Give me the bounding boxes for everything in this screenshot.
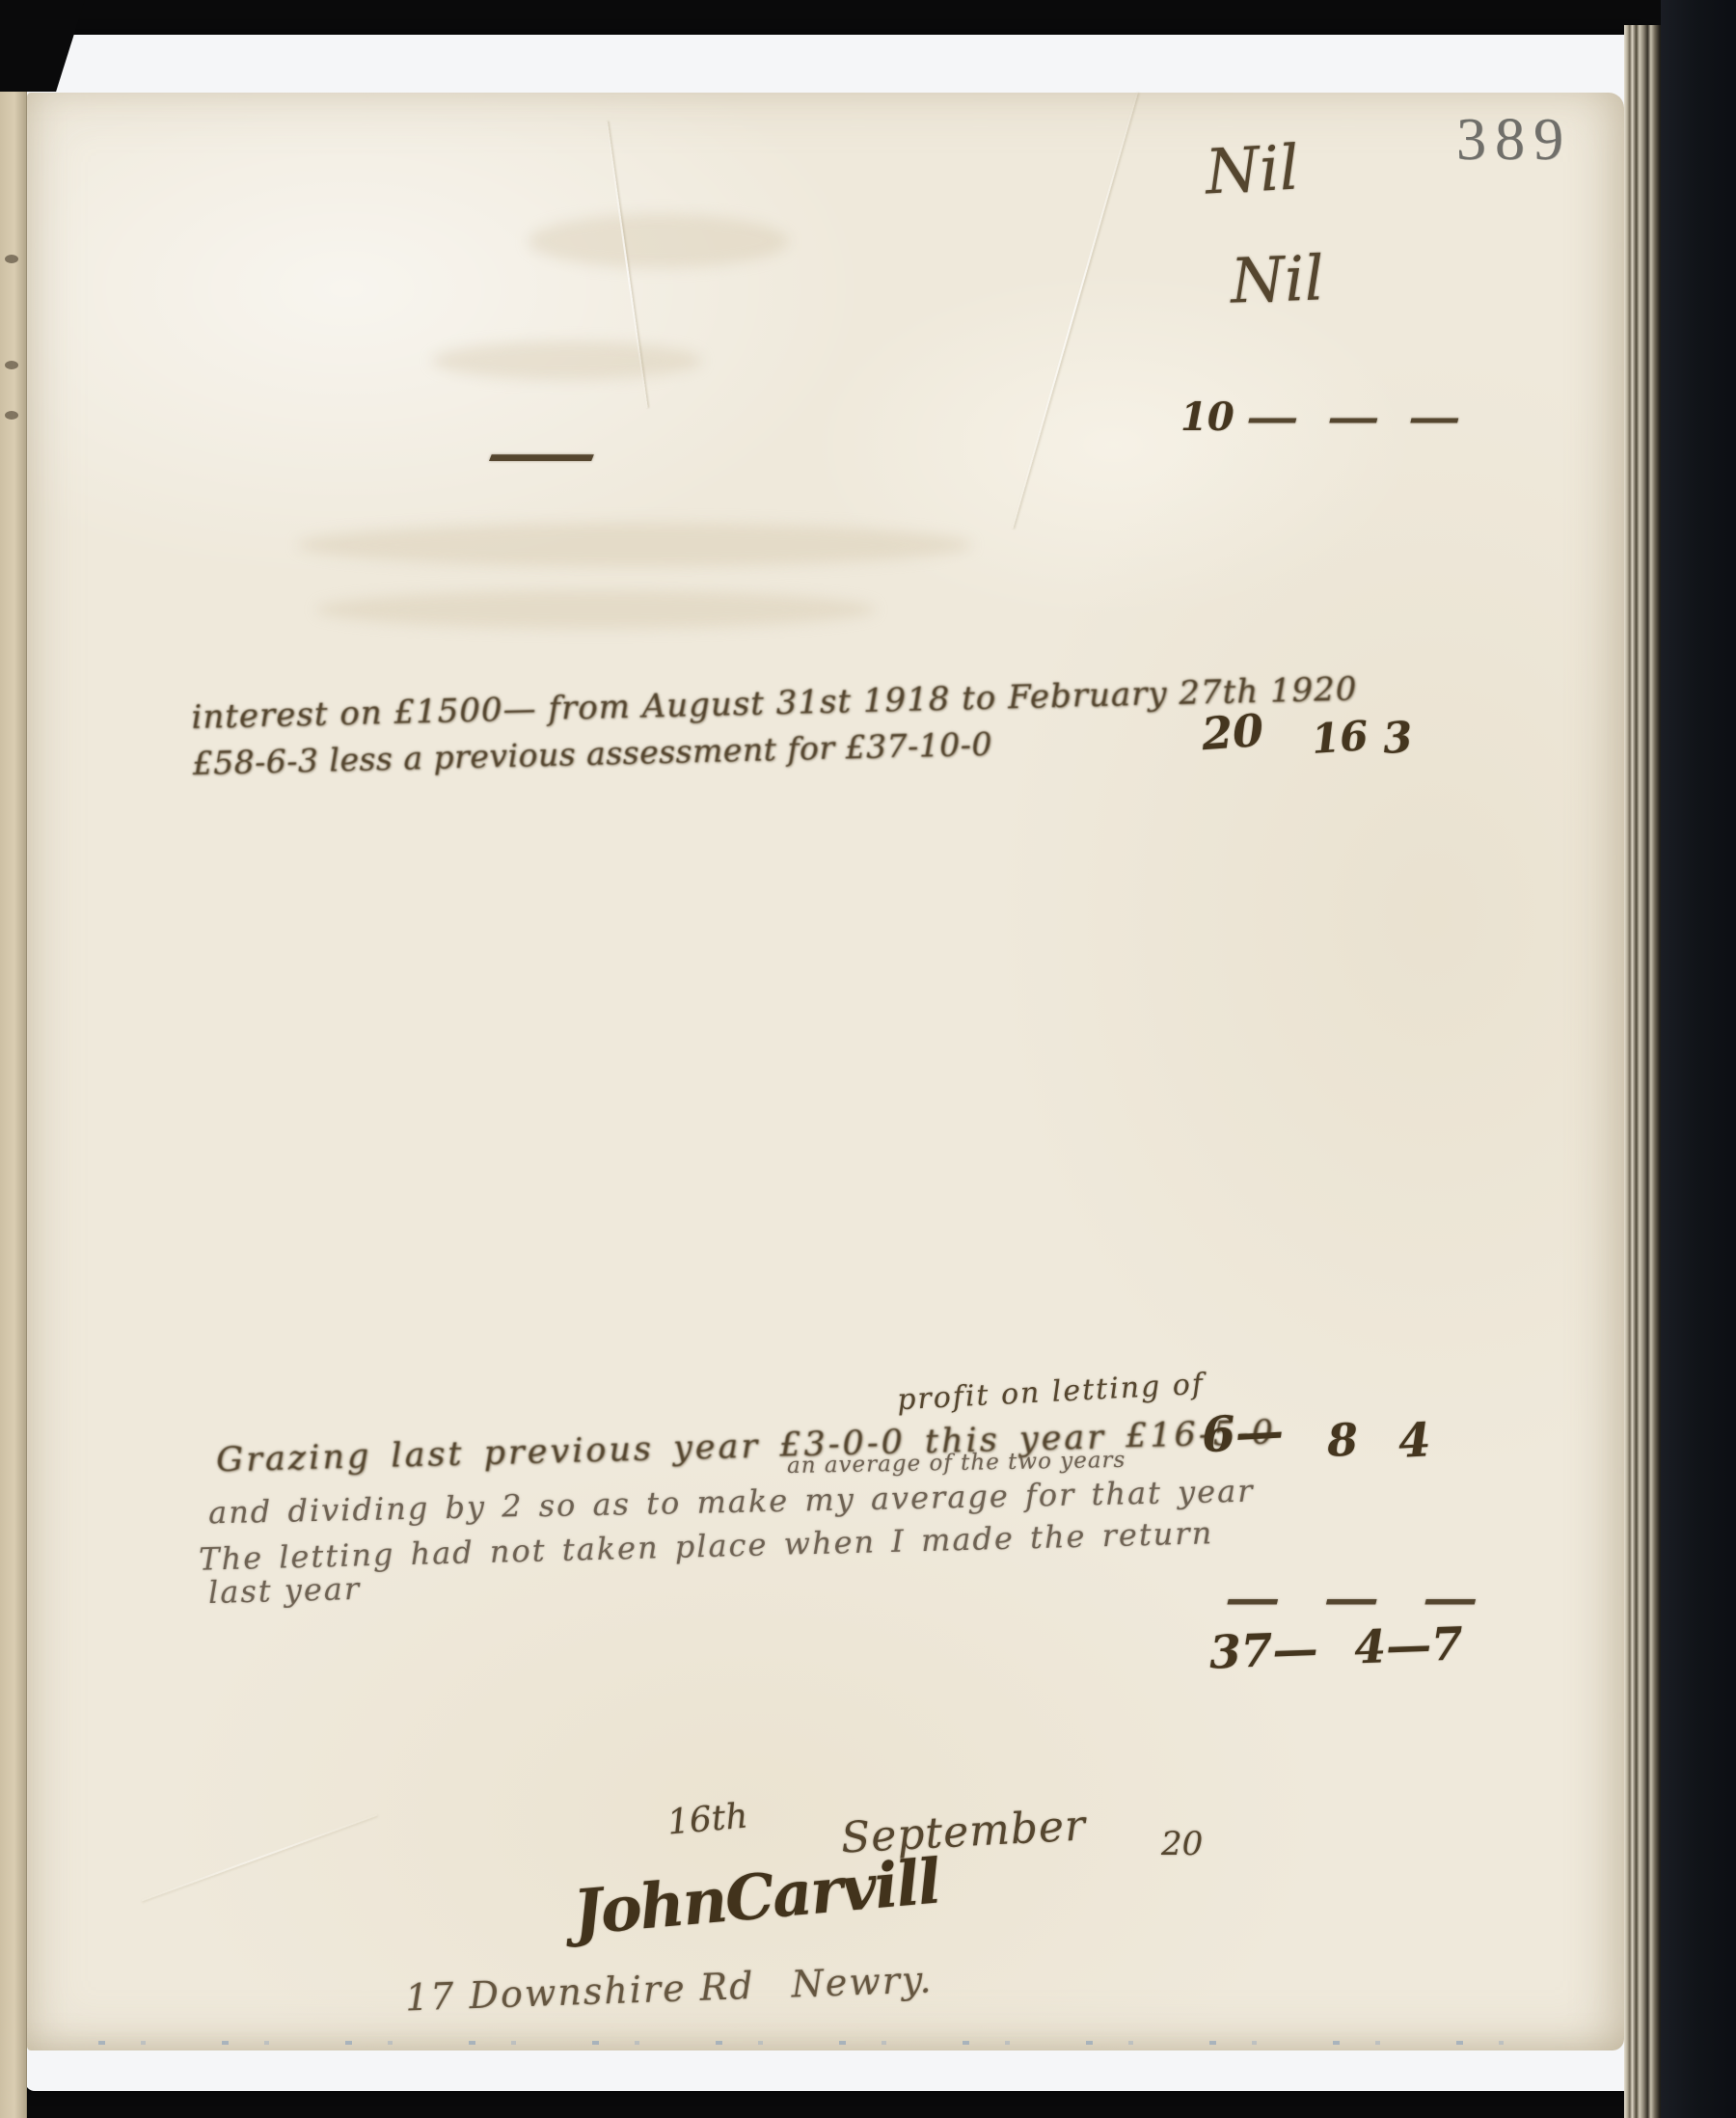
bleedthrough-smudge xyxy=(297,523,972,567)
address-street: 17 Downshire Rd xyxy=(404,1965,755,2020)
ruled-edge-dots xyxy=(66,2041,1532,2045)
nil-entry-2: Nil xyxy=(1230,243,1325,317)
interest-amount-pounds: 20 xyxy=(1200,704,1265,760)
book-cover-edge xyxy=(1661,0,1736,2118)
amount-row-ten: 10 — — — xyxy=(1180,394,1409,441)
bleedthrough-smudge xyxy=(529,214,789,268)
interest-amount-pence: 3 xyxy=(1381,713,1414,764)
address-town: Newry. xyxy=(791,1958,934,2005)
paper-crease xyxy=(1011,93,1137,529)
ledger-page: 389 Nil Nil 10 — — — — interest on £1500… xyxy=(27,93,1624,2050)
grazing-average-interline: an average of the two years xyxy=(787,1448,1126,1479)
address-line: 17 Downshire Rd Newry. xyxy=(404,1958,934,2019)
page-number-stamp: 389 xyxy=(1456,106,1572,175)
section-divider-dash: — xyxy=(484,421,599,486)
dashes-mark: — — — xyxy=(1246,394,1458,441)
binding-stitch-mark xyxy=(5,255,18,263)
binding-stitch-mark xyxy=(5,411,18,420)
grazing-line-4: last year xyxy=(208,1570,362,1611)
grazing-amount-pounds: 6— xyxy=(1201,1402,1286,1463)
binding-stitch-mark xyxy=(5,361,18,369)
date-year: 20 xyxy=(1161,1825,1203,1863)
total-shillings-pence: 4—7 xyxy=(1353,1617,1463,1674)
bleedthrough-smudge xyxy=(316,590,876,629)
total-dashes-row: — — — xyxy=(1225,1572,1476,1624)
date-day: 16th xyxy=(665,1796,749,1842)
interest-amount-shillings: 16 xyxy=(1310,712,1370,763)
bleedthrough-smudge xyxy=(432,341,702,380)
grazing-profit-interline: profit on letting of xyxy=(896,1368,1206,1418)
grazing-amount-pence: 4 xyxy=(1397,1413,1432,1469)
scanned-ledger-photo: 389 Nil Nil 10 — — — — interest on £1500… xyxy=(0,0,1736,2118)
nil-entry-1: Nil xyxy=(1204,133,1301,209)
previous-page-edge xyxy=(0,83,27,2118)
signature: JohnCarvill xyxy=(570,1846,941,1950)
grazing-amount-shillings: 8 xyxy=(1326,1413,1360,1467)
pounds-value: 10 xyxy=(1180,394,1234,440)
page-stack-edge xyxy=(1624,25,1665,2118)
interest-entry: interest on £1500— from August 31st 1918… xyxy=(191,669,1359,782)
paper-crease xyxy=(141,1814,377,1902)
total-amount-row: 37— 4—7 xyxy=(1208,1617,1464,1679)
total-pounds: 37— xyxy=(1208,1623,1318,1680)
